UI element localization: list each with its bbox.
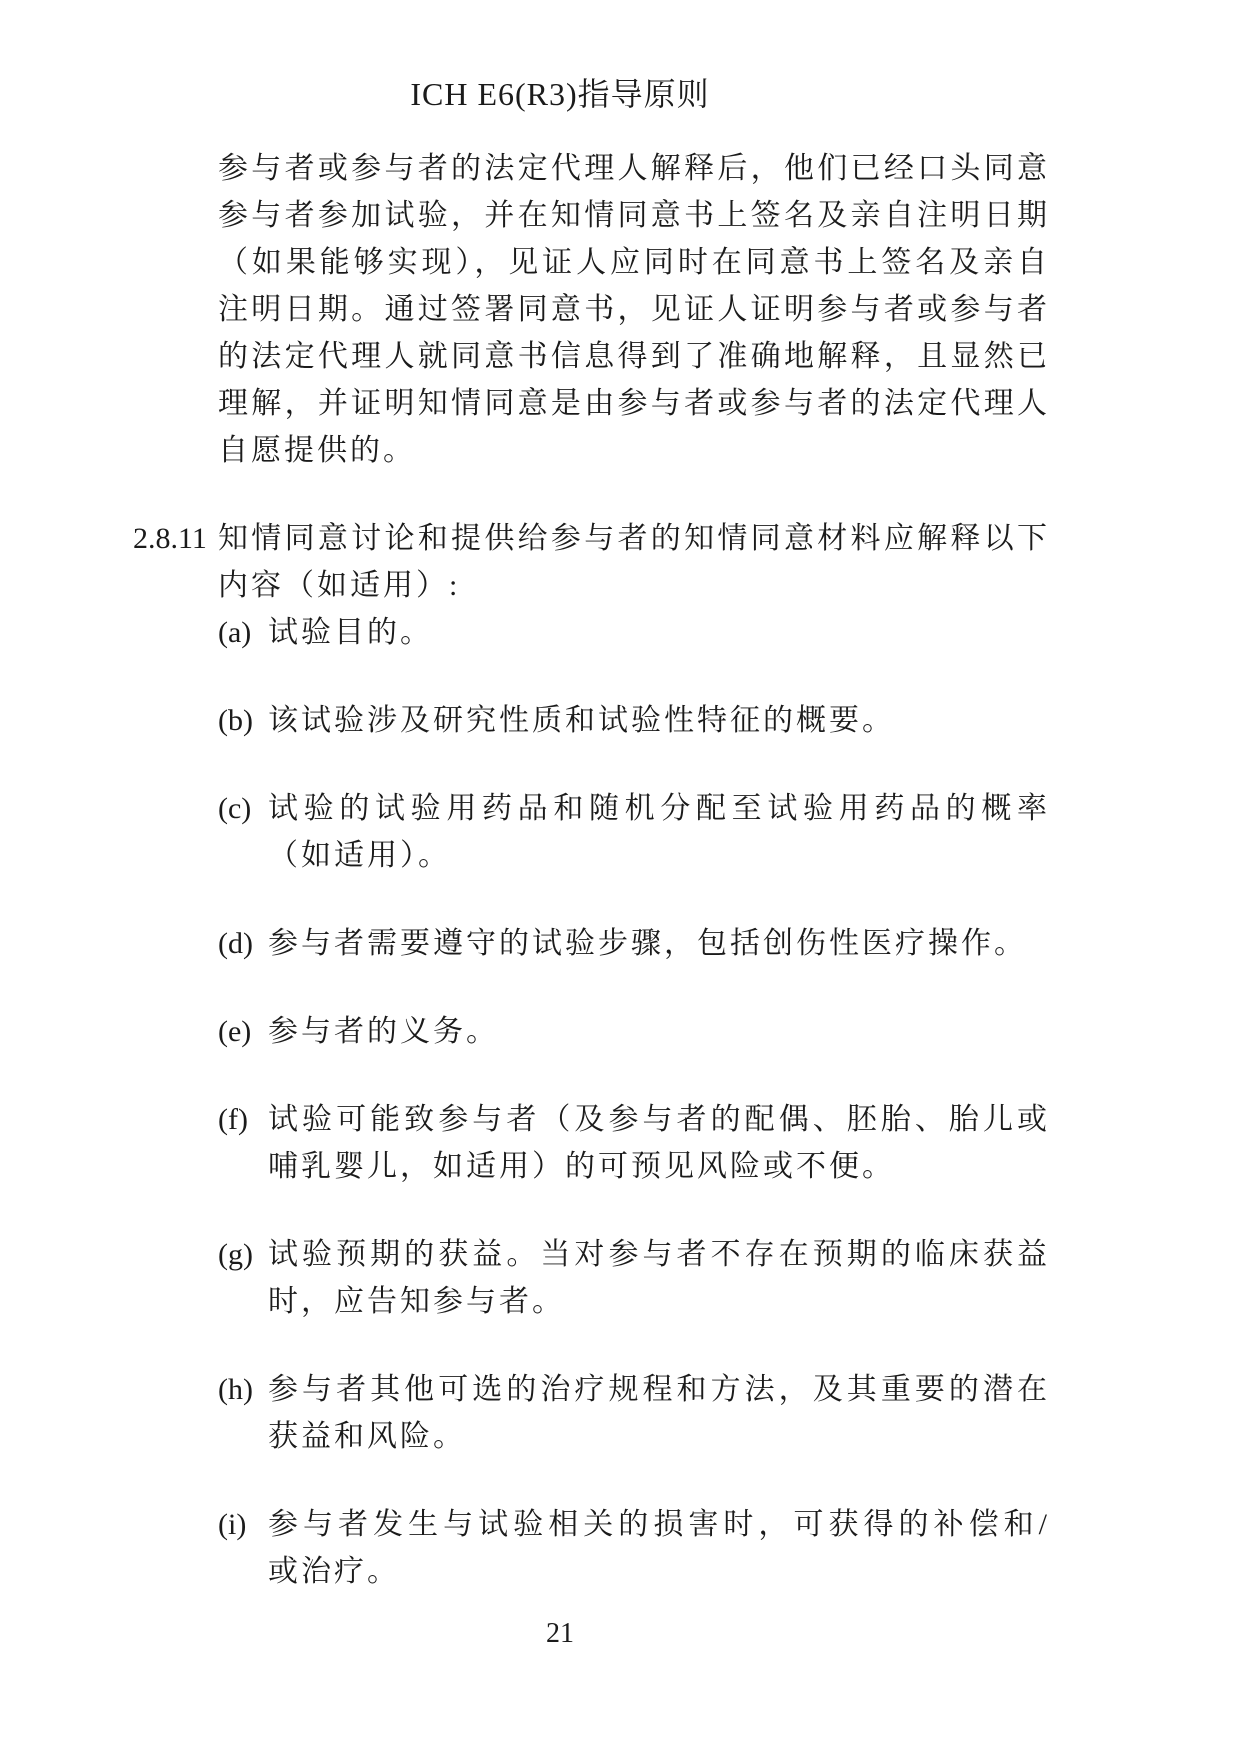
intro-line: 自愿提供的。 bbox=[218, 427, 1050, 474]
item-text: 试验预期的获益。当对参与者不存在预期的临床获益时，应告知参与者。 bbox=[268, 1231, 1050, 1325]
item-line: 试验的试验用药品和随机分配至试验用药品的概率 bbox=[268, 785, 1050, 832]
item-label: (e) bbox=[218, 1008, 268, 1055]
item-label: (b) bbox=[218, 697, 268, 744]
section-heading-text: 知情同意讨论和提供给参与者的知情同意材料应解释以下内容（如适用）: bbox=[218, 515, 1050, 609]
item-label: (d) bbox=[218, 920, 268, 967]
intro-line: 参与者或参与者的法定代理人解释后，他们已经口头同意 bbox=[218, 145, 1050, 192]
item-label: (h) bbox=[218, 1366, 268, 1460]
item-label: (f) bbox=[218, 1096, 268, 1190]
item-line: 参与者需要遵守的试验步骤，包括创伤性医疗操作。 bbox=[268, 920, 1050, 967]
item-label: (i) bbox=[218, 1501, 268, 1595]
page-number: 21 bbox=[0, 1616, 1120, 1652]
intro-line: 参与者参加试验，并在知情同意书上签名及亲自注明日期 bbox=[218, 192, 1050, 239]
item-line: 参与者发生与试验相关的损害时，可获得的补偿和/ bbox=[268, 1501, 1050, 1548]
item-line: 试验目的。 bbox=[268, 609, 1050, 656]
item-line: 时，应告知参与者。 bbox=[268, 1278, 1050, 1325]
item-label: (a) bbox=[218, 609, 268, 656]
item-line: 参与者的义务。 bbox=[268, 1008, 1050, 1055]
page-header-title: ICH E6(R3)指导原则 bbox=[0, 74, 1120, 114]
item-line: 试验可能致参与者（及参与者的配偶、胚胎、胎儿或 bbox=[268, 1096, 1050, 1143]
item-line: 获益和风险。 bbox=[268, 1413, 1050, 1460]
item-text: 参与者需要遵守的试验步骤，包括创伤性医疗操作。 bbox=[268, 920, 1050, 967]
list-item: (i)参与者发生与试验相关的损害时，可获得的补偿和/或治疗。 bbox=[218, 1501, 1050, 1595]
item-label: (g) bbox=[218, 1231, 268, 1325]
list-item: (f)试验可能致参与者（及参与者的配偶、胚胎、胎儿或哺乳婴儿，如适用）的可预见风… bbox=[218, 1096, 1050, 1190]
item-line: 试验预期的获益。当对参与者不存在预期的临床获益 bbox=[268, 1231, 1050, 1278]
item-line: 或治疗。 bbox=[268, 1548, 1050, 1595]
list-item: (b)该试验涉及研究性质和试验性特征的概要。 bbox=[218, 697, 1050, 744]
document-page: ICH E6(R3)指导原则 参与者或参与者的法定代理人解释后，他们已经口头同意… bbox=[0, 0, 1241, 1755]
item-text: 参与者其他可选的治疗规程和方法，及其重要的潜在获益和风险。 bbox=[268, 1366, 1050, 1460]
section-number: 2.8.11 bbox=[133, 515, 207, 562]
list-item: (h)参与者其他可选的治疗规程和方法，及其重要的潜在获益和风险。 bbox=[218, 1366, 1050, 1460]
section-heading: 2.8.11 知情同意讨论和提供给参与者的知情同意材料应解释以下内容（如适用）: bbox=[218, 515, 1050, 609]
heading-line: 知情同意讨论和提供给参与者的知情同意材料应解释以下 bbox=[218, 515, 1050, 562]
item-text: 试验目的。 bbox=[268, 609, 1050, 656]
item-line: 参与者其他可选的治疗规程和方法，及其重要的潜在 bbox=[268, 1366, 1050, 1413]
item-text: 参与者发生与试验相关的损害时，可获得的补偿和/或治疗。 bbox=[268, 1501, 1050, 1595]
section-2-8-11: 2.8.11 知情同意讨论和提供给参与者的知情同意材料应解释以下内容（如适用）:… bbox=[0, 515, 1120, 1595]
item-text: 试验的试验用药品和随机分配至试验用药品的概率（如适用）。 bbox=[268, 785, 1050, 879]
item-list: (a)试验目的。(b)该试验涉及研究性质和试验性特征的概要。(c)试验的试验用药… bbox=[218, 609, 1050, 1595]
intro-paragraph: 参与者或参与者的法定代理人解释后，他们已经口头同意参与者参加试验，并在知情同意书… bbox=[218, 145, 1050, 474]
list-item: (c)试验的试验用药品和随机分配至试验用药品的概率（如适用）。 bbox=[218, 785, 1050, 879]
item-text: 该试验涉及研究性质和试验性特征的概要。 bbox=[268, 697, 1050, 744]
intro-line: （如果能够实现），见证人应同时在同意书上签名及亲自 bbox=[218, 239, 1050, 286]
list-item: (a)试验目的。 bbox=[218, 609, 1050, 656]
list-item: (g)试验预期的获益。当对参与者不存在预期的临床获益时，应告知参与者。 bbox=[218, 1231, 1050, 1325]
item-text: 试验可能致参与者（及参与者的配偶、胚胎、胎儿或哺乳婴儿，如适用）的可预见风险或不… bbox=[268, 1096, 1050, 1190]
item-text: 参与者的义务。 bbox=[268, 1008, 1050, 1055]
item-line: 哺乳婴儿，如适用）的可预见风险或不便。 bbox=[268, 1143, 1050, 1190]
item-line: （如适用）。 bbox=[268, 832, 1050, 879]
item-line: 该试验涉及研究性质和试验性特征的概要。 bbox=[268, 697, 1050, 744]
heading-line: 内容（如适用）: bbox=[218, 562, 1050, 609]
intro-line: 注明日期。通过签署同意书，见证人证明参与者或参与者 bbox=[218, 286, 1050, 333]
list-item: (d)参与者需要遵守的试验步骤，包括创伤性医疗操作。 bbox=[218, 920, 1050, 967]
list-item: (e)参与者的义务。 bbox=[218, 1008, 1050, 1055]
intro-line: 理解，并证明知情同意是由参与者或参与者的法定代理人 bbox=[218, 380, 1050, 427]
item-label: (c) bbox=[218, 785, 268, 879]
intro-line: 的法定代理人就同意书信息得到了准确地解释，且显然已 bbox=[218, 333, 1050, 380]
